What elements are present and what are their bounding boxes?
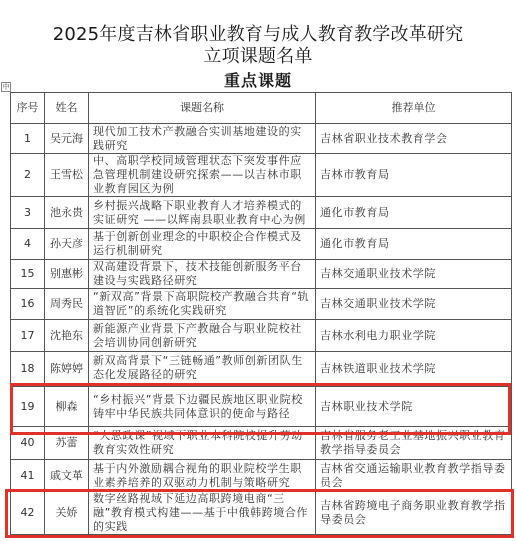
row-no: 18 (11, 352, 45, 387)
row-no: 3 (11, 197, 45, 229)
document-title-line1: 2025年度吉林省职业教育与成人教育教学改革研究 (0, 24, 516, 46)
row-topic: 新双高背景下“三链畅通”教师创新团队生态化发展路径的研究 (89, 352, 316, 387)
row-name: 池永贵 (45, 197, 89, 229)
row-topic: 新能源产业背景下产教融合与职业院校社会培训协同创新研究 (89, 320, 316, 352)
row-name: 王雪松 (45, 154, 89, 197)
table-row: 4 孙天彦 基于创新创业理念的中职校企合作模式及运行机制研究 通化市教育局 (11, 229, 512, 260)
row-name: 戚文革 (45, 460, 89, 492)
row-topic: 现代加工技术产教融合实训基地建设的实践研究 (89, 124, 316, 154)
row-name: 孙天彦 (45, 229, 89, 260)
row-no: 15 (11, 260, 45, 289)
row-unit: 吉林交通职业技术学院 (316, 260, 512, 289)
row-unit: 吉林市教育局 (316, 154, 512, 197)
row-unit: 吉林交通职业技术学院 (316, 289, 512, 320)
row-name: 别惠彬 (45, 260, 89, 289)
row-topic: 双高建设背景下，技术技能创新服务平台建设与实践路径研究 (89, 260, 316, 289)
row-unit: 吉林省服务老工业基地振兴职业教育教学指导委员会 (316, 427, 512, 460)
table-row: 16 周秀民 “新双高”背景下高职院校产教融合共育“轨道智匠”的系统化实践研究 … (11, 289, 512, 320)
project-table: 序号 姓名 课题名称 推荐单位 1 吴元海 现代加工技术产教融合实训基地建设的实… (10, 92, 512, 535)
header-name: 姓名 (45, 93, 89, 124)
row-unit: 吉林省跨境电子商务职业教育教学指导委员会 (316, 492, 512, 535)
row-unit: 吉林铁道职业技术学院 (316, 352, 512, 387)
table-row: 2 王雪松 中、高职学校同域管理状态下突发事件应急管理机制建设研究探索——以吉林… (11, 154, 512, 197)
table-row: 18 陈婷婷 新双高背景下“三链畅通”教师创新团队生态化发展路径的研究 吉林铁道… (11, 352, 512, 387)
table-row: 40 苏蕾 “大思政课”视域下职业本科院校提升劳动教育实效性研究 吉林省服务老工… (11, 427, 512, 460)
row-name: 周秀民 (45, 289, 89, 320)
section-title: 重点课题 (0, 70, 516, 92)
row-topic: “大思政课”视域下职业本科院校提升劳动教育实效性研究 (89, 427, 316, 460)
table-anchor-icon[interactable]: 中 (1, 82, 11, 92)
table-row: 41 戚文革 基于内外激励耦合视角的职业院校学生职业素养培养的双驱动力机制与策略… (11, 460, 512, 492)
table-row: 1 吴元海 现代加工技术产教融合实训基地建设的实践研究 吉林省职业技术教育学会 (11, 124, 512, 154)
row-no: 40 (11, 427, 45, 460)
row-unit: 吉林水利电力职业学院 (316, 320, 512, 352)
row-topic: 基于内外激励耦合视角的职业院校学生职业素养培养的双驱动力机制与策略研究 (89, 460, 316, 492)
row-name: 吴元海 (45, 124, 89, 154)
table-row-highlighted: 42 关娇 数字丝路视域下延边高职跨境电商“三融”教育模式构建——基于中俄韩跨境… (11, 492, 512, 535)
row-name: 沈艳东 (45, 320, 89, 352)
header-unit: 推荐单位 (316, 93, 512, 124)
row-no: 4 (11, 229, 45, 260)
document-title-line2: 立项课题名单 (0, 46, 516, 68)
row-no: 1 (11, 124, 45, 154)
table-header-row: 序号 姓名 课题名称 推荐单位 (11, 93, 512, 124)
row-topic: 数字丝路视域下延边高职跨境电商“三融”教育模式构建——基于中俄韩跨境合作的实践 (89, 492, 316, 535)
row-unit: 吉林职业技术学院 (316, 387, 512, 427)
row-name: 陈婷婷 (45, 352, 89, 387)
row-topic: “新双高”背景下高职院校产教融合共育“轨道智匠”的系统化实践研究 (89, 289, 316, 320)
row-name: 苏蕾 (45, 427, 89, 460)
row-topic: 乡村振兴战略下职业教育人才培养模式的实证研究 ——以辉南县职业教育中心为例 (89, 197, 316, 229)
row-unit: 通化市教育局 (316, 197, 512, 229)
row-unit: 通化市教育局 (316, 229, 512, 260)
row-no: 42 (11, 492, 45, 535)
table-row-highlighted: 19 柳森 “乡村振兴”背景下边疆民族地区职业院校铸牢中华民族共同体意识的使命与… (11, 387, 512, 427)
row-no: 19 (11, 387, 45, 427)
row-no: 17 (11, 320, 45, 352)
row-name: 关娇 (45, 492, 89, 535)
table-row: 17 沈艳东 新能源产业背景下产教融合与职业院校社会培训协同创新研究 吉林水利电… (11, 320, 512, 352)
row-no: 16 (11, 289, 45, 320)
header-topic: 课题名称 (89, 93, 316, 124)
row-topic: “乡村振兴”背景下边疆民族地区职业院校铸牢中华民族共同体意识的使命与路径 (89, 387, 316, 427)
table-row: 15 别惠彬 双高建设背景下，技术技能创新服务平台建设与实践路径研究 吉林交通职… (11, 260, 512, 289)
header-no: 序号 (11, 93, 45, 124)
row-topic: 中、高职学校同域管理状态下突发事件应急管理机制建设研究探索——以吉林市职业教育园… (89, 154, 316, 197)
row-topic: 基于创新创业理念的中职校企合作模式及运行机制研究 (89, 229, 316, 260)
row-no: 2 (11, 154, 45, 197)
row-name: 柳森 (45, 387, 89, 427)
row-no: 41 (11, 460, 45, 492)
row-unit: 吉林省交通运输职业教育教学指导委员会 (316, 460, 512, 492)
row-unit: 吉林省职业技术教育学会 (316, 124, 512, 154)
table-row: 3 池永贵 乡村振兴战略下职业教育人才培养模式的实证研究 ——以辉南县职业教育中… (11, 197, 512, 229)
